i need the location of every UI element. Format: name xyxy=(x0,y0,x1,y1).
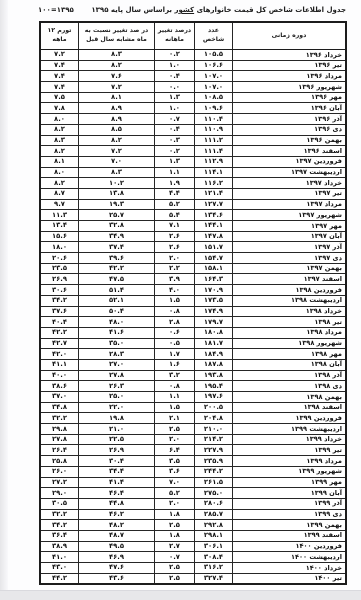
cell-index: ۳۱۶.۲ xyxy=(195,563,233,574)
cell-monthly: ۲.۶ xyxy=(155,231,195,242)
cell-period: بهمن ۱۳۹۶ xyxy=(233,135,347,146)
cell-yoy: ۵۰.۴ xyxy=(79,306,155,317)
cell-annual: ۷.۸ xyxy=(40,103,79,114)
cell-index: ۱۱۰.۹ xyxy=(195,124,233,135)
cell-monthly: ۲.۲ xyxy=(155,263,195,274)
cell-index: ۲۱۴.۲ xyxy=(195,434,233,445)
cell-monthly: ۱.۱ xyxy=(155,392,195,403)
cell-yoy: ۴۸.۲ xyxy=(79,520,155,531)
cell-yoy: ۴۷.۵ xyxy=(79,274,155,285)
cell-monthly: ۷.۱ xyxy=(155,221,195,232)
table-row: مهر ۱۳۹۸۱۸۴.۹۱.۷۲۸.۳۴۲.۰ xyxy=(40,349,346,360)
table-row: تیر ۱۴۰۰۳۲۷.۴۲.۵۴۳.۶۴۴.۲ xyxy=(40,573,346,584)
cell-period: اردیبهشت ۱۳۹۷ xyxy=(233,167,347,178)
cell-monthly: ۲.۰ xyxy=(155,253,195,264)
cpi-index-table: دوره زمانیعدد شاخصدرصد تغییر ماهانهدر صد… xyxy=(39,21,347,585)
cell-index: ۱۱۰.۴ xyxy=(195,114,233,125)
cell-annual: ۳۰.۶ xyxy=(40,285,79,296)
cell-monthly: ۵.۴ xyxy=(155,210,195,221)
cell-index: ۱۷۰.۹ xyxy=(195,285,233,296)
table-row: خرداد ۱۳۹۷۱۱۶.۲۱.۹۱۰.۲۸.۲ xyxy=(40,178,346,189)
cell-period: تیر ۱۳۹۷ xyxy=(233,188,347,199)
cell-index: ۱۸۷.۸ xyxy=(195,359,233,370)
cell-yoy: ۳۹.۶ xyxy=(79,253,155,264)
table-row: آبان ۱۳۹۷۱۴۷.۸۲.۶۳۴.۹۱۵.۶ xyxy=(40,231,346,242)
cell-yoy: ۴۸.۰ xyxy=(79,317,155,328)
cell-monthly: ۱.۳ xyxy=(155,92,195,103)
cell-yoy: ۲۶.۳ xyxy=(79,381,155,392)
cell-period: مرداد ۱۳۹۹ xyxy=(233,456,347,467)
table-row: فروردین ۱۳۹۸۱۷۰.۹۴.۰۵۱.۴۳۰.۶ xyxy=(40,285,346,296)
cell-period: اردیبهشت ۱۳۹۹ xyxy=(233,424,347,435)
cell-period: اسفند ۱۳۹۷ xyxy=(233,274,347,285)
cell-period: اسفند ۱۳۹۸ xyxy=(233,402,347,413)
cell-yoy: ۸.۹ xyxy=(79,114,155,125)
cell-yoy: ۵۲.۱ xyxy=(79,295,155,306)
cell-period: آذر ۱۳۹۷ xyxy=(233,242,347,253)
cell-annual: ۳۴.۸ xyxy=(40,402,79,413)
cell-yoy: ۳۴.۹ xyxy=(79,231,155,242)
cell-annual: ۳۸.۶ xyxy=(40,381,79,392)
cell-monthly: ۲.۵ xyxy=(155,573,195,584)
cell-annual: ۲۶.۴ xyxy=(40,445,79,456)
cell-monthly: ۳.۶ xyxy=(155,466,195,477)
cell-period: فروردین ۱۳۹۷ xyxy=(233,156,347,167)
page-title-underlined-word: کشور xyxy=(175,6,195,14)
cell-yoy: ۳۴.۴ xyxy=(79,466,155,477)
table-row: اردیبهشت ۱۴۰۰۳۰۸.۴۰.۷۴۶.۹۴۱.۰ xyxy=(40,552,346,563)
cell-monthly: ۰.۴ xyxy=(155,71,195,82)
cell-yoy: ۵۱.۴ xyxy=(79,285,155,296)
cell-monthly: ۰.۸ xyxy=(155,306,195,317)
cell-monthly: ۱.۱ xyxy=(155,167,195,178)
cell-annual: ۴۴.۲ xyxy=(40,573,79,584)
cell-annual: ۳۲.۲ xyxy=(40,413,79,424)
cell-period: خرداد ۱۴۰۰ xyxy=(233,563,347,574)
table-row: مرداد ۱۳۹۹۲۳۵.۹۳.۵۳۰.۴۲۵.۸ xyxy=(40,456,346,467)
cell-monthly: ۷.۰ xyxy=(155,477,195,488)
table-row: مهر ۱۳۹۷۱۴۴.۱۷.۱۳۲.۸۱۳.۴ xyxy=(40,221,346,232)
cell-yoy: ۲۶.۹ xyxy=(79,445,155,456)
table-row: شهریور ۱۳۹۹۲۴۴.۲۳.۶۳۴.۴۲۶.۰ xyxy=(40,466,346,477)
cell-index: ۱۷۴.۹ xyxy=(195,306,233,317)
cell-index: ۱۱۴.۱ xyxy=(195,167,233,178)
cell-yoy: ۱۹.۸ xyxy=(79,413,155,424)
table-header-row: دوره زمانیعدد شاخصدرصد تغییر ماهانهدر صد… xyxy=(40,22,346,50)
cell-index: ۱۰۷.۰ xyxy=(195,82,233,93)
cell-annual: ۳۷.۶ xyxy=(40,306,79,317)
page-left-edge-shadow xyxy=(0,0,8,600)
cell-index: ۱۲۱.۴ xyxy=(195,188,233,199)
cell-annual: ۷.۴ xyxy=(40,82,79,93)
table-row: مرداد ۱۳۹۷۱۲۷.۷۵.۲۱۹.۳۹.۷ xyxy=(40,199,346,210)
cell-monthly: ۲.۰ xyxy=(155,498,195,509)
table-row: خرداد ۱۳۹۶۱۰۵.۵۰.۲۸.۳۷.۲ xyxy=(40,50,346,61)
cell-period: اسفند ۱۳۹۹ xyxy=(233,530,347,541)
cell-monthly: ۵.۲ xyxy=(155,488,195,499)
cell-annual: ۴۲.۲ xyxy=(40,327,79,338)
cell-index: ۱۲۷.۷ xyxy=(195,199,233,210)
cell-annual: ۳۰.۵ xyxy=(40,498,79,509)
cell-period: آبان ۱۳۹۶ xyxy=(233,103,347,114)
cell-monthly: ۱.۵ xyxy=(155,295,195,306)
cell-yoy: ۷.۲ xyxy=(79,82,155,93)
cell-monthly: ۱.۳ xyxy=(155,156,195,167)
cell-annual: ۲۳.۵ xyxy=(40,263,79,274)
cell-yoy: ۴۷.۶ xyxy=(79,563,155,574)
cell-index: ۱۰۶.۶ xyxy=(195,60,233,71)
cell-monthly: ۲.۵ xyxy=(155,424,195,435)
cell-annual: ۲۰.۶ xyxy=(40,253,79,264)
table-row: تیر ۱۳۹۹۲۲۷.۹۶.۴۲۶.۹۲۶.۴ xyxy=(40,445,346,456)
cell-monthly: ۰.۰ xyxy=(155,82,195,93)
cell-monthly: ۰.۵ xyxy=(155,338,195,349)
cell-index: ۱۰۸.۵ xyxy=(195,92,233,103)
cell-index: ۲۸۰.۶ xyxy=(195,498,233,509)
cell-index: ۱۵۸.۱ xyxy=(195,263,233,274)
cell-index: ۳۰۸.۴ xyxy=(195,552,233,563)
cell-period: تیر ۱۳۹۶ xyxy=(233,60,347,71)
cell-annual: ۳۷.۰ xyxy=(40,392,79,403)
cell-period: بهمن ۱۳۹۹ xyxy=(233,520,347,531)
table-row: مرداد ۱۳۹۸۱۸۰.۸۰.۶۴۱.۶۴۲.۲ xyxy=(40,327,346,338)
table-row: دی ۱۳۹۶۱۱۰.۹۰.۴۸.۵۸.۲ xyxy=(40,124,346,135)
table-row: مهر ۱۳۹۶۱۰۸.۵۱.۳۸.۱۷.۵ xyxy=(40,92,346,103)
cell-yoy: ۲۲.۵ xyxy=(79,434,155,445)
cell-annual: ۴۱.۱ xyxy=(40,359,79,370)
cell-period: فروردین ۱۳۹۹ xyxy=(233,413,347,424)
cell-period: خرداد ۱۳۹۶ xyxy=(233,50,347,61)
cell-monthly: ۳.۵ xyxy=(155,456,195,467)
table-row: اسفند ۱۳۹۶۱۱۱.۴۰.۲۷.۲۸.۲ xyxy=(40,146,346,157)
cell-period: خرداد ۱۳۹۹ xyxy=(233,434,347,445)
cell-index: ۱۹۷.۶ xyxy=(195,392,233,403)
cell-index: ۲۹۸.۱ xyxy=(195,530,233,541)
cell-monthly: ۰.۸ xyxy=(155,381,195,392)
cell-annual: ۴۰.۴ xyxy=(40,317,79,328)
cell-annual: ۸.۲ xyxy=(40,124,79,135)
cell-index: ۱۱۱.۴ xyxy=(195,146,233,157)
cell-yoy: ۷.۰ xyxy=(79,156,155,167)
cell-yoy: ۸.۲ xyxy=(79,135,155,146)
cell-annual: ۳۴.۲ xyxy=(40,295,79,306)
cell-annual: ۷.۴ xyxy=(40,71,79,82)
table-row: آبان ۱۳۹۹۲۷۵.۰۵.۲۴۶.۴۲۹.۰ xyxy=(40,488,346,499)
cell-index: ۱۳۴.۶ xyxy=(195,210,233,221)
table-row: اسفند ۱۳۹۷۱۶۴.۳۳.۹۴۷.۵۲۶.۹ xyxy=(40,274,346,285)
cell-period: مهر ۱۳۹۶ xyxy=(233,92,347,103)
cell-annual: ۸.۱ xyxy=(40,156,79,167)
cell-monthly: ۶.۴ xyxy=(155,445,195,456)
table-row: آذر ۱۳۹۹۲۸۰.۶۲.۰۴۴.۸۳۰.۵ xyxy=(40,498,346,509)
cell-monthly: ۲.۸ xyxy=(155,317,195,328)
table-row: شهریور ۱۳۹۶۱۰۷.۰۰.۰۷.۲۷.۴ xyxy=(40,82,346,93)
cell-monthly: ۰.۲ xyxy=(155,50,195,61)
cell-period: مهر ۱۳۹۸ xyxy=(233,349,347,360)
table-row: آذر ۱۳۹۷۱۵۱.۷۲.۶۳۷.۴۱۸.۰ xyxy=(40,242,346,253)
document-header: جدول اطلاعات شاخص کل قیمت خانوارهای کشور… xyxy=(38,6,346,14)
table-row: آبان ۱۳۹۸۱۸۷.۸۱.۶۲۷.۰۴۱.۱ xyxy=(40,359,346,370)
cell-annual: ۷.۴ xyxy=(40,60,79,71)
cell-index: ۱۹۳.۸ xyxy=(195,370,233,381)
cell-period: تیر ۱۴۰۰ xyxy=(233,573,347,584)
footer-strip xyxy=(0,590,361,600)
table-row: تیر ۱۳۹۸۱۷۹.۷۲.۸۴۸.۰۴۰.۴ xyxy=(40,317,346,328)
page-title-prefix: جدول اطلاعات شاخص کل قیمت خانوارهای xyxy=(197,6,346,14)
cell-index: ۲۷۵.۰ xyxy=(195,488,233,499)
cell-annual: ۹.۷ xyxy=(40,199,79,210)
cell-period: بهمن ۱۳۹۷ xyxy=(233,263,347,274)
cell-annual: ۸.۳ xyxy=(40,135,79,146)
cell-period: دی ۱۳۹۷ xyxy=(233,253,347,264)
cell-index: ۱۸۰.۸ xyxy=(195,327,233,338)
cell-index: ۳۰۶.۱ xyxy=(195,541,233,552)
cell-period: فروردین ۱۳۹۸ xyxy=(233,285,347,296)
table-row: اسفند ۱۳۹۹۲۹۸.۱۱.۸۴۸.۷۳۶.۴ xyxy=(40,530,346,541)
cell-monthly: ۰.۳ xyxy=(155,135,195,146)
cell-period: آبان ۱۳۹۷ xyxy=(233,231,347,242)
cell-yoy: ۴۳.۶ xyxy=(79,573,155,584)
cell-yoy: ۴۶.۲ xyxy=(79,509,155,520)
table-row: بهمن ۱۳۹۷۱۵۸.۱۲.۲۴۲.۲۲۳.۵ xyxy=(40,263,346,274)
cell-index: ۱۱۲.۹ xyxy=(195,156,233,167)
cell-monthly: ۰.۴ xyxy=(155,124,195,135)
cell-index: ۱۴۴.۱ xyxy=(195,221,233,232)
cell-annual: ۲۷.۸ xyxy=(40,434,79,445)
cell-monthly: ۲.۵ xyxy=(155,563,195,574)
cell-annual: ۷.۲ xyxy=(40,50,79,61)
cell-annual: ۴۲.۰ xyxy=(40,349,79,360)
cell-index: ۲۲۷.۹ xyxy=(195,445,233,456)
table-row: بهمن ۱۳۹۶۱۱۱.۲۰.۳۸.۲۸.۳ xyxy=(40,135,346,146)
table-row: شهریور ۱۳۹۸۱۸۱.۷۰.۵۳۵.۰۴۲.۷ xyxy=(40,338,346,349)
cell-period: آذر ۱۳۹۸ xyxy=(233,370,347,381)
column-header-monthly: درصد تغییر ماهانه xyxy=(155,22,195,50)
cell-index: ۱۰۵.۵ xyxy=(195,50,233,61)
cell-period: شهریور ۱۳۹۷ xyxy=(233,210,347,221)
cell-monthly: ۲.۶ xyxy=(155,242,195,253)
cell-annual: ۸.۰ xyxy=(40,167,79,178)
cell-monthly: ۲.۵ xyxy=(155,520,195,531)
cell-annual: ۴۲.۷ xyxy=(40,338,79,349)
cell-monthly: ۱.۵ xyxy=(155,402,195,413)
cell-yoy: ۲۱.۰ xyxy=(79,424,155,435)
cell-period: تیر ۱۳۹۸ xyxy=(233,317,347,328)
cell-period: بهمن ۱۳۹۸ xyxy=(233,392,347,403)
cell-index: ۲۹۲.۸ xyxy=(195,520,233,531)
cell-monthly: ۴.۴ xyxy=(155,188,195,199)
table-row: آذر ۱۳۹۶۱۱۰.۴۰.۷۸.۹۸.۰ xyxy=(40,114,346,125)
cell-yoy: ۳۵.۰ xyxy=(79,338,155,349)
cell-yoy: ۸.۱ xyxy=(79,92,155,103)
table-row: بهمن ۱۳۹۸۱۹۷.۶۱.۱۲۵.۰۳۷.۰ xyxy=(40,392,346,403)
cell-yoy: ۴۴.۸ xyxy=(79,498,155,509)
cell-annual: ۴۰.۰ xyxy=(40,370,79,381)
cell-monthly: ۱.۰ xyxy=(155,60,195,71)
cell-period: مهر ۱۳۹۹ xyxy=(233,477,347,488)
base-year-note: ۱۳۹۵=۱۰۰ xyxy=(38,6,74,14)
cell-monthly: ۱.۹ xyxy=(155,178,195,189)
table-row: اردیبهشت ۱۳۹۸۱۷۳.۵۱.۵۵۲.۱۳۴.۲ xyxy=(40,295,346,306)
cell-yoy: ۸.۳ xyxy=(79,167,155,178)
table-row: فروردین ۱۳۹۹۲۰۴.۸۲.۱۱۹.۸۳۲.۲ xyxy=(40,413,346,424)
cell-annual: ۳۶.۴ xyxy=(40,530,79,541)
cell-yoy: ۸.۵ xyxy=(79,124,155,135)
table-row: تیر ۱۳۹۶۱۰۶.۶۱.۰۸.۲۷.۴ xyxy=(40,60,346,71)
table-head: دوره زمانیعدد شاخصدرصد تغییر ماهانهدر صد… xyxy=(40,22,346,50)
cell-yoy: ۴۹.۵ xyxy=(79,541,155,552)
cell-period: خرداد ۱۳۹۷ xyxy=(233,178,347,189)
cell-yoy: ۳۰.۴ xyxy=(79,456,155,467)
cell-yoy: ۱۰.۲ xyxy=(79,178,155,189)
cell-period: آذر ۱۳۹۹ xyxy=(233,498,347,509)
cell-monthly: ۱.۷ xyxy=(155,349,195,360)
column-header-annual: تورم ۱۲ ماهه xyxy=(40,22,79,50)
cell-annual: ۱۸.۰ xyxy=(40,242,79,253)
cell-period: مرداد ۱۳۹۶ xyxy=(233,71,347,82)
cell-annual: ۷.۵ xyxy=(40,92,79,103)
cell-period: مرداد ۱۳۹۷ xyxy=(233,199,347,210)
cell-period: اردیبهشت ۱۳۹۸ xyxy=(233,295,347,306)
table-row: مرداد ۱۳۹۶۱۰۷.۰۰.۴۷.۶۷.۴ xyxy=(40,71,346,82)
cell-yoy: ۷.۶ xyxy=(79,71,155,82)
cell-yoy: ۲۷.۸ xyxy=(79,370,155,381)
cell-index: ۲۱۰.۰ xyxy=(195,424,233,435)
cell-annual: ۱۳.۴ xyxy=(40,221,79,232)
cell-index: ۱۹۵.۴ xyxy=(195,381,233,392)
table-row: اردیبهشت ۱۳۹۹۲۱۰.۰۲.۵۲۱.۰۲۹.۸ xyxy=(40,424,346,435)
cell-yoy: ۴۶.۹ xyxy=(79,552,155,563)
column-header-period: دوره زمانی xyxy=(233,22,347,50)
cell-index: ۲۸۵.۷ xyxy=(195,509,233,520)
cell-index: ۱۱۶.۲ xyxy=(195,178,233,189)
cell-annual: ۲۶.۰ xyxy=(40,466,79,477)
cell-yoy: ۳۷.۴ xyxy=(79,242,155,253)
cell-index: ۱۰۷.۰ xyxy=(195,71,233,82)
cell-period: دی ۱۳۹۸ xyxy=(233,381,347,392)
cell-yoy: ۷.۲ xyxy=(79,146,155,157)
cell-period: شهریور ۱۳۹۶ xyxy=(233,82,347,93)
cell-index: ۱۵۱.۷ xyxy=(195,242,233,253)
cell-monthly: ۲.۰ xyxy=(155,434,195,445)
page-title-suffix: براساس سال پایه ۱۳۹۵ xyxy=(91,6,172,14)
cell-index: ۱۴۷.۸ xyxy=(195,231,233,242)
cell-annual: ۳۴.۲ xyxy=(40,520,79,531)
cell-annual: ۲۵.۸ xyxy=(40,456,79,467)
cell-annual: ۴۱.۰ xyxy=(40,552,79,563)
table-row: دی ۱۳۹۸۱۹۵.۴۰.۸۲۶.۳۳۸.۶ xyxy=(40,381,346,392)
cell-monthly: ۳.۲ xyxy=(155,370,195,381)
cell-period: آبان ۱۳۹۸ xyxy=(233,359,347,370)
cell-index: ۱۸۴.۹ xyxy=(195,349,233,360)
page-title: جدول اطلاعات شاخص کل قیمت خانوارهای کشور… xyxy=(91,6,346,14)
table-row: خرداد ۱۳۹۸۱۷۴.۹۰.۸۵۰.۴۳۷.۶ xyxy=(40,306,346,317)
cell-yoy: ۲۵.۰ xyxy=(79,392,155,403)
table-row: خرداد ۱۳۹۹۲۱۴.۲۲.۰۲۲.۵۲۷.۸ xyxy=(40,434,346,445)
table-row: تیر ۱۳۹۷۱۲۱.۴۴.۴۱۳.۸۸.۷ xyxy=(40,188,346,199)
cell-index: ۱۷۹.۷ xyxy=(195,317,233,328)
cell-index: ۱۶۴.۳ xyxy=(195,274,233,285)
cell-annual: ۸.۲ xyxy=(40,146,79,157)
table-row: فروردین ۱۴۰۰۳۰۶.۱۲.۷۴۹.۵۳۸.۹ xyxy=(40,541,346,552)
cell-period: شهریور ۱۳۹۸ xyxy=(233,338,347,349)
cell-yoy: ۴۸.۷ xyxy=(79,530,155,541)
cell-monthly: ۲.۷ xyxy=(155,541,195,552)
cell-index: ۱۰۹.۶ xyxy=(195,103,233,114)
table-body: خرداد ۱۳۹۶۱۰۵.۵۰.۲۸.۳۷.۲تیر ۱۳۹۶۱۰۶.۶۱.۰… xyxy=(40,50,346,585)
table-row: بهمن ۱۳۹۹۲۹۲.۸۲.۵۴۸.۲۳۴.۲ xyxy=(40,520,346,531)
cell-period: شهریور ۱۳۹۹ xyxy=(233,466,347,477)
cell-period: فروردین ۱۴۰۰ xyxy=(233,541,347,552)
cell-period: مهر ۱۳۹۷ xyxy=(233,221,347,232)
table-row: فروردین ۱۳۹۷۱۱۲.۹۱.۳۷.۰۸.۱ xyxy=(40,156,346,167)
table-row: اسفند ۱۳۹۸۲۰۰.۵۱.۵۲۲.۰۳۴.۸ xyxy=(40,402,346,413)
cell-monthly: ۱.۸ xyxy=(155,509,195,520)
cell-annual: ۳۲.۲ xyxy=(40,509,79,520)
cell-monthly: ۲.۱ xyxy=(155,413,195,424)
cell-index: ۱۵۴.۷ xyxy=(195,253,233,264)
cell-index: ۲۳۵.۹ xyxy=(195,456,233,467)
cell-index: ۲۶۱.۵ xyxy=(195,477,233,488)
table-row: دی ۱۳۹۹۲۸۵.۷۱.۸۴۶.۲۳۲.۲ xyxy=(40,509,346,520)
cell-annual: ۱۱.۳ xyxy=(40,210,79,221)
cell-period: دی ۱۳۹۹ xyxy=(233,509,347,520)
cell-yoy: ۱۹.۳ xyxy=(79,199,155,210)
cell-yoy: ۴۱.۶ xyxy=(79,327,155,338)
cell-monthly: ۱.۶ xyxy=(155,359,195,370)
cell-monthly: ۵.۲ xyxy=(155,199,195,210)
cell-yoy: ۳۲.۸ xyxy=(79,221,155,232)
column-header-yoy: در صد تغییر نسبت به ماه مشابه سال قبل xyxy=(79,22,155,50)
cell-annual: ۲۶.۹ xyxy=(40,274,79,285)
table-row: شهریور ۱۳۹۷۱۳۴.۶۵.۴۲۵.۷۱۱.۳ xyxy=(40,210,346,221)
cell-period: خرداد ۱۳۹۸ xyxy=(233,306,347,317)
cell-index: ۲۰۰.۵ xyxy=(195,402,233,413)
cell-yoy: ۸.۲ xyxy=(79,60,155,71)
cell-annual: ۸.۷ xyxy=(40,188,79,199)
cell-monthly: ۴.۰ xyxy=(155,285,195,296)
document-page: جدول اطلاعات شاخص کل قیمت خانوارهای کشور… xyxy=(0,0,361,600)
cell-annual: ۲۹.۸ xyxy=(40,424,79,435)
cell-annual: ۲۹.۰ xyxy=(40,488,79,499)
cell-yoy: ۲۲.۰ xyxy=(79,402,155,413)
cell-period: اردیبهشت ۱۴۰۰ xyxy=(233,552,347,563)
cell-period: اسفند ۱۳۹۶ xyxy=(233,146,347,157)
cell-period: آذر ۱۳۹۶ xyxy=(233,114,347,125)
cell-yoy: ۱۳.۸ xyxy=(79,188,155,199)
cell-monthly: ۰.۷ xyxy=(155,114,195,125)
cell-annual: ۸.۲ xyxy=(40,178,79,189)
table-row: دی ۱۳۹۷۱۵۴.۷۲.۰۳۹.۶۲۰.۶ xyxy=(40,253,346,264)
cell-period: آبان ۱۳۹۹ xyxy=(233,488,347,499)
table-row: خرداد ۱۴۰۰۳۱۶.۲۲.۵۴۷.۶۴۳.۰ xyxy=(40,563,346,574)
cell-index: ۳۲۷.۴ xyxy=(195,573,233,584)
cell-annual: ۱۵.۶ xyxy=(40,231,79,242)
table-row: آذر ۱۳۹۸۱۹۳.۸۳.۲۲۷.۸۴۰.۰ xyxy=(40,370,346,381)
table-row: مهر ۱۳۹۹۲۶۱.۵۷.۰۴۱.۴۲۷.۲ xyxy=(40,477,346,488)
table-row: اردیبهشت ۱۳۹۷۱۱۴.۱۱.۱۸.۳۸.۰ xyxy=(40,167,346,178)
cell-monthly: ۱.۸ xyxy=(155,530,195,541)
cell-yoy: ۴۶.۴ xyxy=(79,488,155,499)
cell-monthly: ۰.۲ xyxy=(155,146,195,157)
cell-annual: ۳۸.۹ xyxy=(40,541,79,552)
cell-monthly: ۰.۶ xyxy=(155,327,195,338)
cell-yoy: ۲۵.۷ xyxy=(79,210,155,221)
cell-monthly: ۳.۹ xyxy=(155,274,195,285)
table-row: آبان ۱۳۹۶۱۰۹.۶۱.۰۸.۹۷.۸ xyxy=(40,103,346,114)
cell-period: مرداد ۱۳۹۸ xyxy=(233,327,347,338)
cell-yoy: ۴۱.۴ xyxy=(79,477,155,488)
